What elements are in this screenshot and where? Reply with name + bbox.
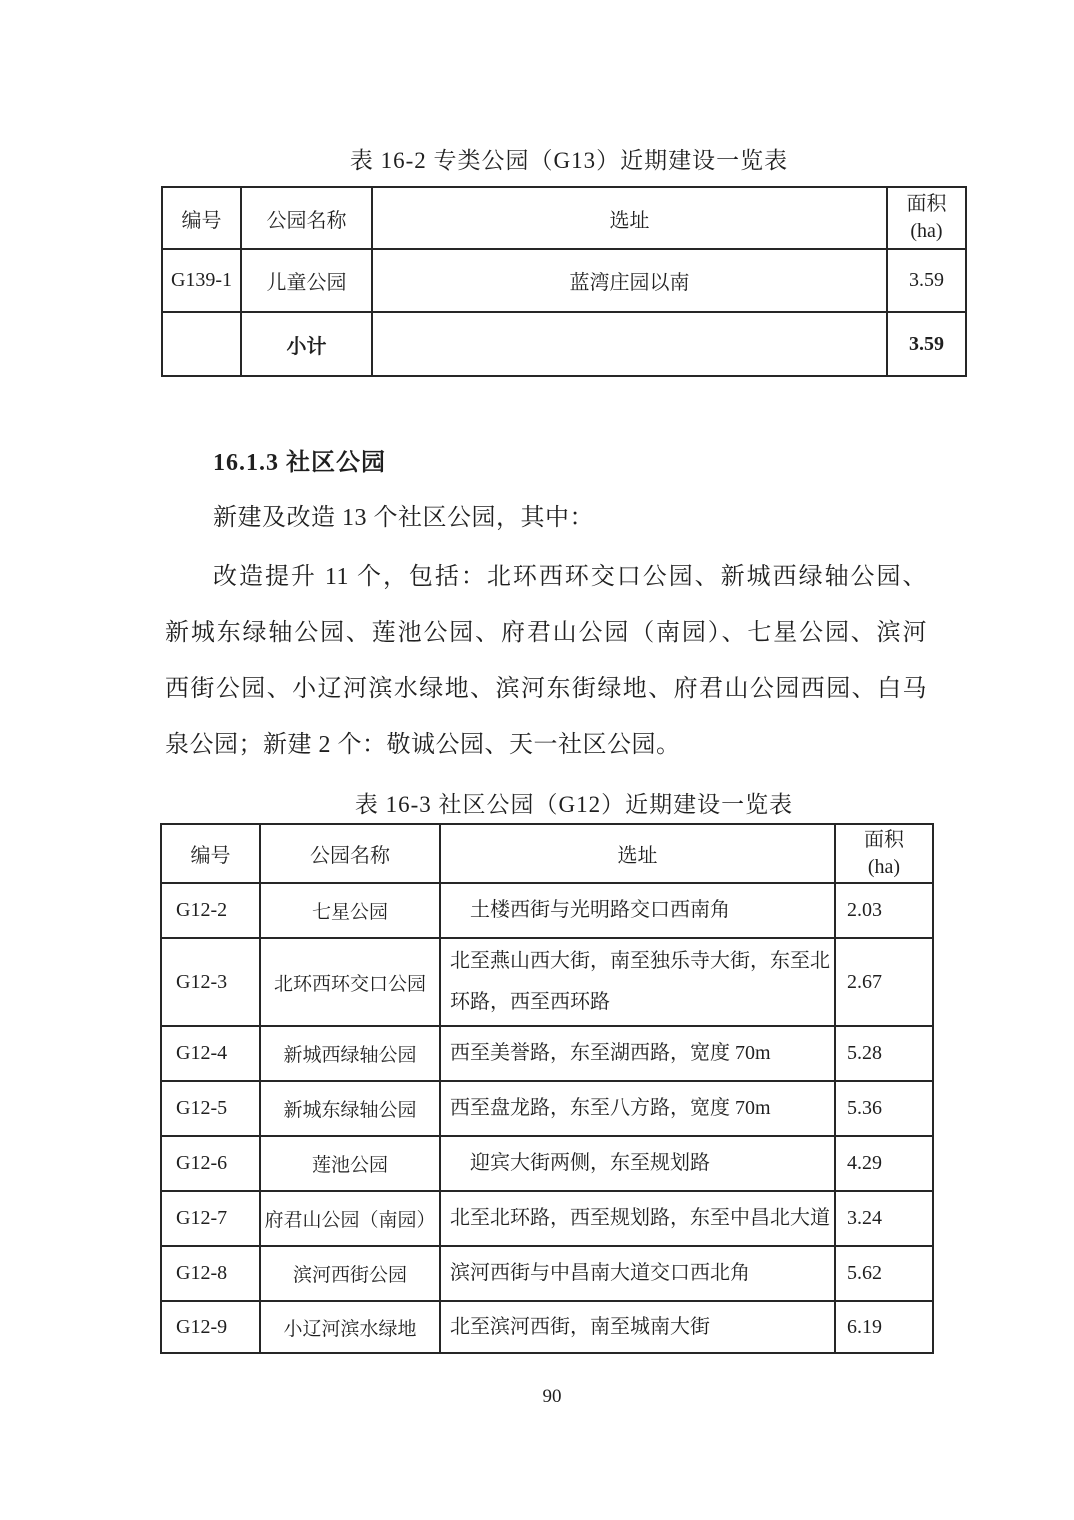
table-row: G12-9 小辽河滨水绿地 北至滨河西街，南至城南大街 6.19 [161,1301,933,1353]
table-row: G12-2 七星公园 土楼西街与光明路交口西南角 2.03 [161,883,933,938]
table-subtotal-row: 小计 3.59 [162,312,966,376]
t2-header-area-line2: (ha) [888,218,965,245]
t2-header-area-line1: 面积 [888,191,965,218]
t3-cell-name: 小辽河滨水绿地 [260,1301,440,1353]
table-16-2: 编号 公园名称 选址 面积 (ha) G139-1 儿童公园 蓝湾庄园以南 3.… [161,186,967,377]
paragraph-2-line: 西街公园、小辽河滨水绿地、滨河东街绿地、府君山公园西园、白马 [165,673,927,705]
t3-header-name: 公园名称 [260,824,440,883]
t3-cell-name: 北环西环交口公园 [260,938,440,1026]
table-16-3-caption: 表 16-3 社区公园（G12）近期建设一览表 [192,786,956,819]
t3-cell-code: G12-8 [161,1246,260,1301]
t3-cell-site: 迎宾大街两侧，东至规划路 [440,1136,835,1191]
t3-header-area: 面积 (ha) [835,824,933,883]
t2-header-site: 选址 [372,187,887,249]
t2-header-area: 面积 (ha) [887,187,966,249]
t3-header-area-line2: (ha) [836,854,932,881]
document-page: 表 16-2 专类公园（G13）近期建设一览表 编号 公园名称 选址 面积 (h… [0,0,1074,1520]
t3-cell-site: 滨河西街与中昌南大道交口西北角 [440,1246,835,1301]
t3-cell-name: 新城东绿轴公园 [260,1081,440,1136]
table-row: G12-4 新城西绿轴公园 西至美誉路，东至湖西路，宽度 70m 5.28 [161,1026,933,1081]
t2-cell-site [372,312,887,376]
t3-cell-area: 2.67 [835,938,933,1026]
t2-cell-code [162,312,241,376]
t2-cell-name: 小计 [241,312,372,376]
t3-cell-code: G12-6 [161,1136,260,1191]
t2-header-code: 编号 [162,187,241,249]
t3-cell-code: G12-5 [161,1081,260,1136]
paragraph-2-line: 新城东绿轴公园、莲池公园、府君山公园（南园）、七星公园、滨河 [165,617,927,649]
t3-cell-area: 3.24 [835,1191,933,1246]
paragraph-2-line: 改造提升 11 个，包括：北环西环交口公园、新城西绿轴公园、 [165,561,927,593]
t3-cell-name: 莲池公园 [260,1136,440,1191]
t3-cell-code: G12-4 [161,1026,260,1081]
t3-cell-code: G12-7 [161,1191,260,1246]
t3-cell-name: 府君山公园（南园） [260,1191,440,1246]
t2-cell-site: 蓝湾庄园以南 [372,249,887,312]
t3-cell-code: G12-3 [161,938,260,1026]
t3-cell-area: 4.29 [835,1136,933,1191]
t3-cell-site: 西至美誉路，东至湖西路，宽度 70m [440,1026,835,1081]
t3-cell-name: 新城西绿轴公园 [260,1026,440,1081]
table-row: G12-6 莲池公园 迎宾大街两侧，东至规划路 4.29 [161,1136,933,1191]
t2-cell-area: 3.59 [887,249,966,312]
table-16-3: 编号 公园名称 选址 面积 (ha) G12-2 七星公园 土楼西街与光明路交口… [160,823,934,1354]
t3-cell-name: 滨河西街公园 [260,1246,440,1301]
t3-cell-code: G12-9 [161,1301,260,1353]
t3-cell-code: G12-2 [161,883,260,938]
t2-cell-code: G139-1 [162,249,241,312]
section-heading: 16.1.3 社区公园 [213,442,386,477]
t3-cell-area: 5.36 [835,1081,933,1136]
t2-header-name: 公园名称 [241,187,372,249]
t3-cell-area: 6.19 [835,1301,933,1353]
paragraph-2-line: 泉公园；新建 2 个：敬诚公园、天一社区公园。 [165,729,927,761]
t2-cell-name: 儿童公园 [241,249,372,312]
t3-cell-site: 北至北环路，西至规划路，东至中昌北大道 [440,1191,835,1246]
t3-cell-site: 北至燕山西大街，南至独乐寺大街，东至北环路，西至西环路 [440,938,835,1026]
t3-cell-area: 5.62 [835,1246,933,1301]
t3-cell-area: 5.28 [835,1026,933,1081]
t3-header-area-line1: 面积 [836,827,932,854]
table-row: G12-3 北环西环交口公园 北至燕山西大街，南至独乐寺大街，东至北环路，西至西… [161,938,933,1026]
table-row: G12-8 滨河西街公园 滨河西街与中昌南大道交口西北角 5.62 [161,1246,933,1301]
t2-cell-area: 3.59 [887,312,966,376]
t3-cell-area: 2.03 [835,883,933,938]
t3-cell-name: 七星公园 [260,883,440,938]
t3-cell-site: 西至盘龙路，东至八方路，宽度 70m [440,1081,835,1136]
t3-cell-site: 土楼西街与光明路交口西南角 [440,883,835,938]
page-number: 90 [0,1386,1074,1408]
table-row: G12-5 新城东绿轴公园 西至盘龙路，东至八方路，宽度 70m 5.36 [161,1081,933,1136]
table-16-2-header-row: 编号 公园名称 选址 面积 (ha) [162,187,966,249]
table-row: G139-1 儿童公园 蓝湾庄园以南 3.59 [162,249,966,312]
paragraph-1: 新建及改造 13 个社区公园，其中： [165,502,927,534]
t3-header-site: 选址 [440,824,835,883]
table-row: G12-7 府君山公园（南园） 北至北环路，西至规划路，东至中昌北大道 3.24 [161,1191,933,1246]
table-16-3-header-row: 编号 公园名称 选址 面积 (ha) [161,824,933,883]
table-16-2-caption: 表 16-2 专类公园（G13）近期建设一览表 [171,142,967,175]
t3-cell-site: 北至滨河西街，南至城南大街 [440,1301,835,1353]
t3-header-code: 编号 [161,824,260,883]
